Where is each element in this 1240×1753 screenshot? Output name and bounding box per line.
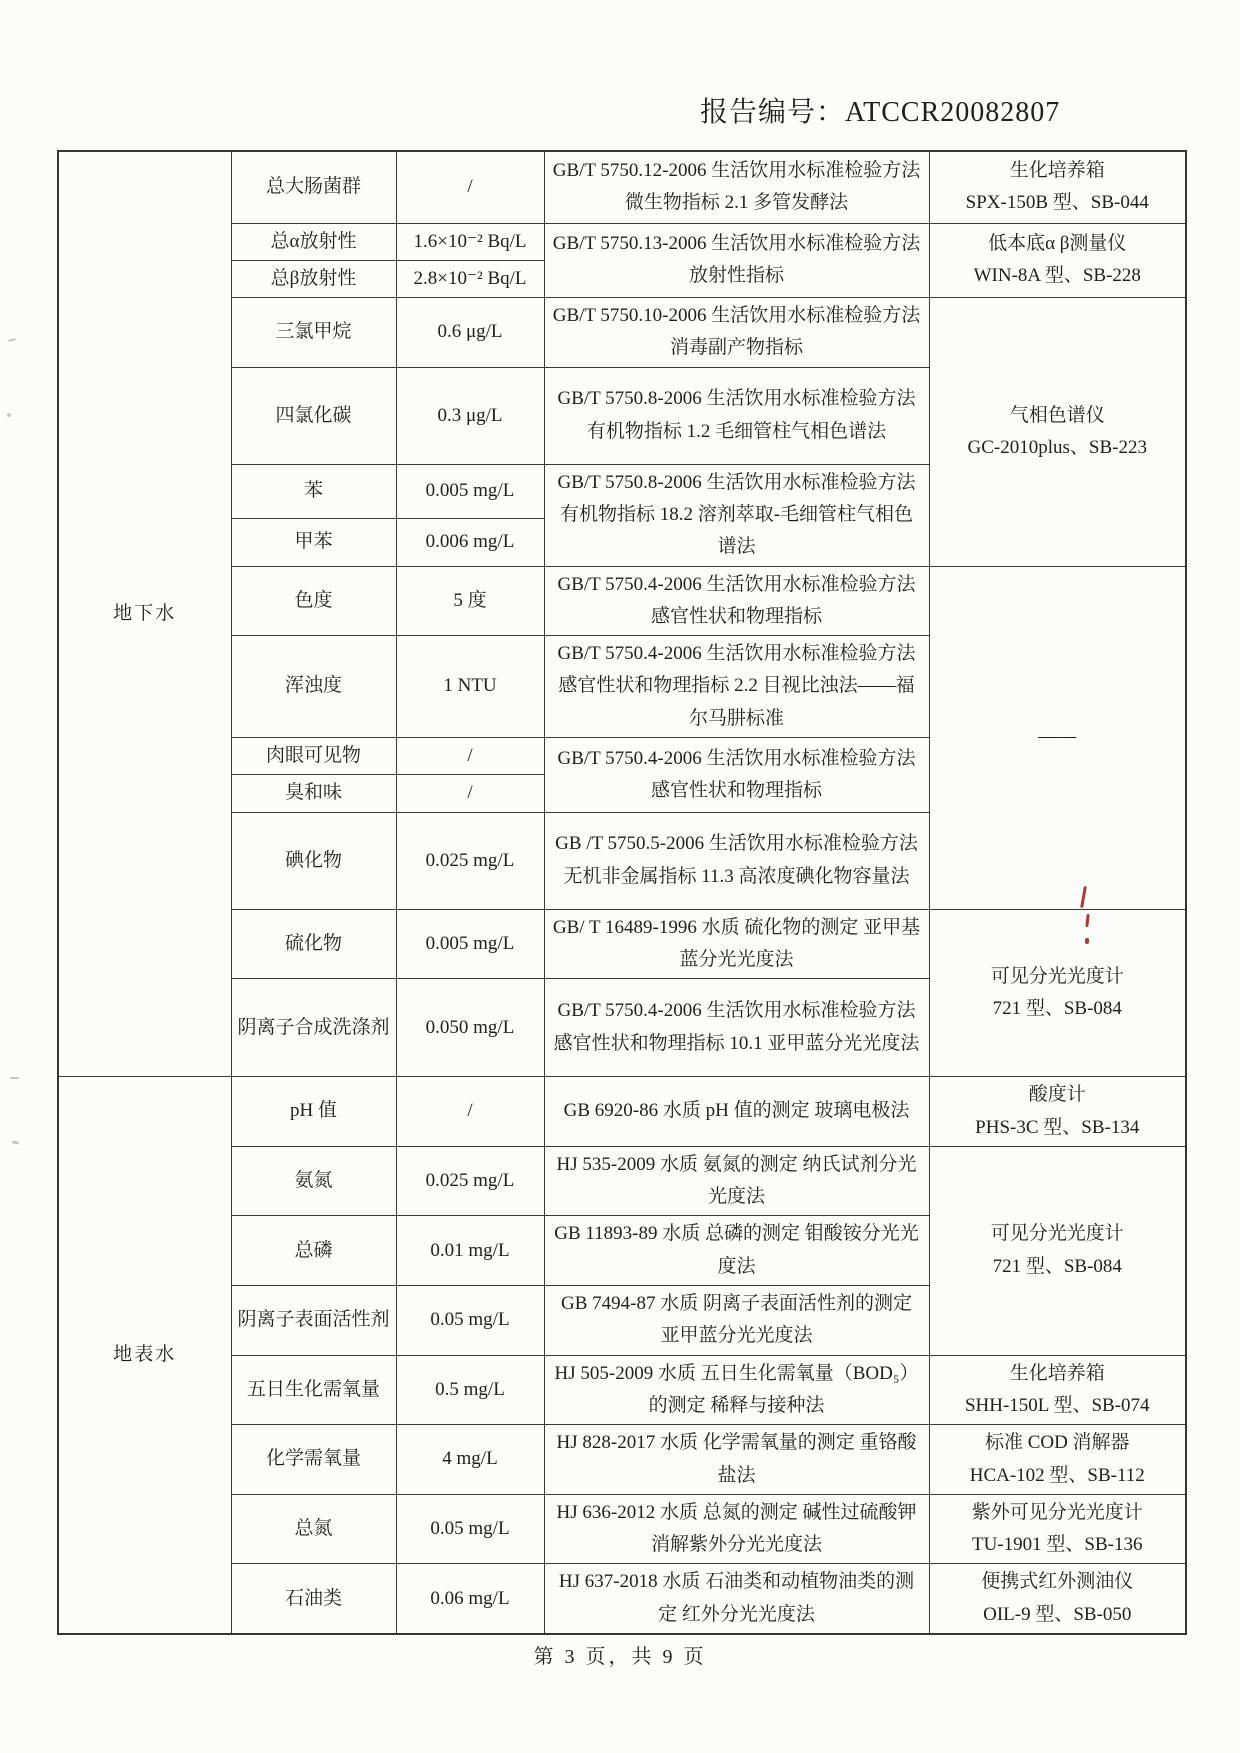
instrument-model: PHS-3C 型、SB-134 [936, 1112, 1180, 1144]
method-cell: GB/T 5750.4-2006 生活饮用水标准检验方法 感官性状和物理指标 1… [544, 979, 929, 1077]
page-number: 第 3 页，共 9 页 [0, 1640, 1240, 1669]
instrument-model: TU-1901 型、SB-136 [936, 1529, 1180, 1561]
method-cell: GB/T 5750.4-2006 生活饮用水标准检验方法 感官性状和物理指标 [544, 738, 929, 813]
param-cell: 肉眼可见物 [231, 738, 396, 775]
instrument-name: 生化培养箱 [936, 1358, 1180, 1390]
table-row: 地表水 pH 值 / GB 6920-86 水质 pH 值的测定 玻璃电极法 酸… [58, 1077, 1186, 1147]
method-cell: GB/T 5750.13-2006 生活饮用水标准检验方法 放射性指标 [544, 223, 929, 298]
instrument-name: 紫外可见分光光度计 [936, 1497, 1180, 1529]
param-cell: 浑浊度 [231, 636, 396, 738]
instrument-cell: 酸度计 PHS-3C 型、SB-134 [929, 1077, 1186, 1147]
param-cell: 总磷 [231, 1216, 396, 1286]
value-cell: 4 mg/L [396, 1425, 544, 1495]
value-cell: 0.050 mg/L [396, 979, 544, 1077]
method-cell: GB 6920-86 水质 pH 值的测定 玻璃电极法 [544, 1077, 929, 1147]
instrument-model: 721 型、SB-084 [936, 1251, 1180, 1283]
instrument-cell: 标准 COD 消解器 HCA-102 型、SB-112 [929, 1425, 1186, 1495]
instrument-model: OIL-9 型、SB-050 [936, 1599, 1180, 1631]
param-cell: 氨氮 [231, 1146, 396, 1216]
report-number: 报告编号：ATCCR20082807 [700, 90, 1060, 130]
instrument-model: WIN-8A 型、SB-228 [936, 260, 1180, 292]
value-cell: 0.005 mg/L [396, 464, 544, 518]
param-cell: 总大肠菌群 [231, 151, 396, 223]
instrument-cell: 气相色谱仪 GC-2010plus、SB-223 [929, 298, 1186, 566]
instrument-cell: 低本底α β测量仪 WIN-8A 型、SB-228 [929, 223, 1186, 298]
param-cell: 总氮 [231, 1494, 396, 1564]
method-cell: GB /T 5750.5-2006 生活饮用水标准检验方法 无机非金属指标 11… [544, 812, 929, 909]
param-cell: 臭和味 [231, 775, 396, 812]
value-cell: / [396, 738, 544, 775]
instrument-name: 生化培养箱 [936, 155, 1180, 187]
method-cell: GB/T 5750.8-2006 生活饮用水标准检验方法 有机物指标 1.2 毛… [544, 367, 929, 464]
scan-artifact [12, 1140, 19, 1144]
value-cell: 0.005 mg/L [396, 909, 544, 979]
param-cell: 甲苯 [231, 518, 396, 566]
instrument-cell: 可见分光光度计 721 型、SB-084 [929, 1146, 1186, 1355]
param-cell: pH 值 [231, 1077, 396, 1147]
method-cell: GB/T 5750.4-2006 生活饮用水标准检验方法 感官性状和物理指标 2… [544, 636, 929, 738]
value-cell: / [396, 151, 544, 223]
param-cell: 阴离子表面活性剂 [231, 1286, 396, 1356]
instrument-model: SPX-150B 型、SB-044 [936, 187, 1180, 219]
table-row: 地下水 总大肠菌群 / GB/T 5750.12-2006 生活饮用水标准检验方… [58, 151, 1186, 223]
value-cell: 0.025 mg/L [396, 1146, 544, 1216]
instrument-name: 酸度计 [936, 1079, 1180, 1111]
category-cell: 地表水 [58, 1077, 231, 1634]
method-cell: GB/T 5750.8-2006 生活饮用水标准检验方法 有机物指标 18.2 … [544, 464, 929, 566]
value-cell: 0.05 mg/L [396, 1286, 544, 1356]
scan-artifact [8, 338, 16, 342]
instrument-model: HCA-102 型、SB-112 [936, 1460, 1180, 1492]
param-cell: 石油类 [231, 1564, 396, 1634]
value-cell: 2.8×10⁻² Bq/L [396, 260, 544, 297]
method-cell: GB 7494-87 水质 阴离子表面活性剂的测定 亚甲蓝分光光度法 [544, 1286, 929, 1356]
param-cell: 苯 [231, 464, 396, 518]
method-cell: GB/T 5750.4-2006 生活饮用水标准检验方法 感官性状和物理指标 [544, 566, 929, 636]
param-cell: 化学需氧量 [231, 1425, 396, 1495]
param-cell: 总β放射性 [231, 260, 396, 297]
instrument-name: 可见分光光度计 [936, 1218, 1180, 1250]
test-methods-table: 地下水 总大肠菌群 / GB/T 5750.12-2006 生活饮用水标准检验方… [57, 150, 1187, 1635]
param-cell: 碘化物 [231, 812, 396, 909]
param-cell: 总α放射性 [231, 223, 396, 260]
param-cell: 五日生化需氧量 [231, 1355, 396, 1425]
scan-artifact [7, 413, 11, 417]
value-cell: 0.01 mg/L [396, 1216, 544, 1286]
instrument-cell: 可见分光光度计 721 型、SB-084 [929, 909, 1186, 1077]
value-cell: 1 NTU [396, 636, 544, 738]
value-cell: 0.06 mg/L [396, 1564, 544, 1634]
method-cell: GB/T 5750.12-2006 生活饮用水标准检验方法 微生物指标 2.1 … [544, 151, 929, 223]
instrument-model: GC-2010plus、SB-223 [936, 432, 1180, 464]
method-cell: GB 11893-89 水质 总磷的测定 钼酸铵分光光度法 [544, 1216, 929, 1286]
param-cell: 阴离子合成洗涤剂 [231, 979, 396, 1077]
param-cell: 色度 [231, 566, 396, 636]
instrument-cell: —— [929, 566, 1186, 909]
scan-artifact [10, 1077, 19, 1079]
value-cell: 0.3 μg/L [396, 367, 544, 464]
instrument-cell: 便携式红外测油仪 OIL-9 型、SB-050 [929, 1564, 1186, 1634]
instrument-cell: 紫外可见分光光度计 TU-1901 型、SB-136 [929, 1494, 1186, 1564]
value-cell: 0.006 mg/L [396, 518, 544, 566]
value-cell: / [396, 1077, 544, 1147]
instrument-model: SHH-150L 型、SB-074 [936, 1390, 1180, 1422]
category-cell: 地下水 [58, 151, 231, 1077]
param-cell: 硫化物 [231, 909, 396, 979]
instrument-name: 可见分光光度计 [936, 961, 1180, 993]
instrument-name: 标准 COD 消解器 [936, 1427, 1180, 1459]
method-cell: GB/ T 16489-1996 水质 硫化物的测定 亚甲基蓝分光光度法 [544, 909, 929, 979]
value-cell: 0.05 mg/L [396, 1494, 544, 1564]
report-page: 报告编号：ATCCR20082807 地下水 总大肠菌群 / GB/T 5750… [0, 0, 1240, 1753]
value-cell: 1.6×10⁻² Bq/L [396, 223, 544, 260]
method-cell: HJ 535-2009 水质 氨氮的测定 纳氏试剂分光光度法 [544, 1146, 929, 1216]
instrument-cell: 生化培养箱 SPX-150B 型、SB-044 [929, 151, 1186, 223]
param-cell: 四氯化碳 [231, 367, 396, 464]
method-cell: HJ 505-2009 水质 五日生化需氧量（BOD₅）的测定 稀释与接种法 [544, 1355, 929, 1425]
instrument-name: 便携式红外测油仪 [936, 1566, 1180, 1598]
instrument-name: 气相色谱仪 [936, 400, 1180, 432]
value-cell: 5 度 [396, 566, 544, 636]
value-cell: / [396, 775, 544, 812]
method-cell: HJ 828-2017 水质 化学需氧量的测定 重铬酸盐法 [544, 1425, 929, 1495]
red-pen-mark [1085, 938, 1089, 944]
instrument-name: —— [936, 721, 1180, 753]
value-cell: 0.5 mg/L [396, 1355, 544, 1425]
instrument-model: 721 型、SB-084 [936, 993, 1180, 1025]
param-cell: 三氯甲烷 [231, 298, 396, 368]
method-cell: HJ 637-2018 水质 石油类和动植物油类的测定 红外分光光度法 [544, 1564, 929, 1634]
method-cell: GB/T 5750.10-2006 生活饮用水标准检验方法 消毒副产物指标 [544, 298, 929, 368]
instrument-name: 低本底α β测量仪 [936, 228, 1180, 260]
value-cell: 0.025 mg/L [396, 812, 544, 909]
instrument-cell: 生化培养箱 SHH-150L 型、SB-074 [929, 1355, 1186, 1425]
method-cell: HJ 636-2012 水质 总氮的测定 碱性过硫酸钾消解紫外分光光度法 [544, 1494, 929, 1564]
value-cell: 0.6 μg/L [396, 298, 544, 368]
